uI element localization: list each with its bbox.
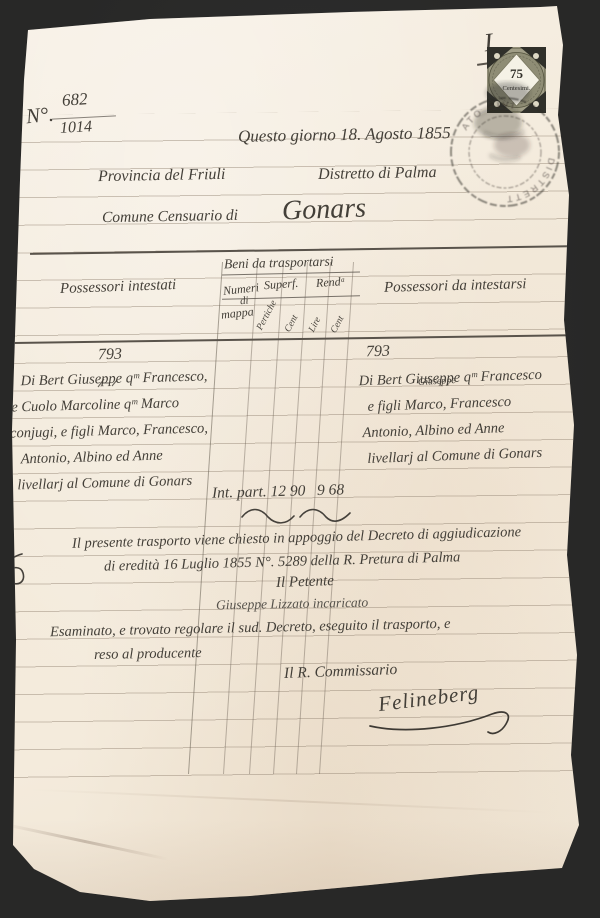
province-line: Provincia del Friuli — [98, 166, 226, 186]
svg-text:DISTRETT: DISTRETT — [504, 157, 556, 204]
left-entry-number: 793 — [98, 346, 123, 365]
date-line: Questo giorno 18. Agosto 1855 — [238, 123, 451, 147]
col-rendita: Rendᵃ — [316, 274, 346, 291]
left-entry-line: livellarj al Comune di Gonars — [17, 467, 216, 498]
comune-name: Gonars — [281, 193, 366, 228]
table-group-header: Beni da trasportarsi — [224, 254, 334, 273]
signature-flourish — [366, 700, 516, 745]
ink-smudge — [486, 82, 530, 104]
flourish-squiggle — [240, 505, 355, 525]
margin-pen-mark — [0, 552, 30, 590]
cancellation-stamp: ATO CIVI DISTRETT — [438, 85, 578, 220]
district-line: Distretto di Palma — [318, 164, 437, 184]
doc-number-label: N°. — [25, 102, 55, 130]
paper-crease — [2, 822, 169, 860]
exam-line-2: reso al producente — [94, 645, 202, 664]
right-entry-insert: Giuseppe — [418, 375, 456, 388]
paper-crease — [30, 789, 550, 814]
col-superf: Superf. — [264, 276, 299, 293]
right-entry-number: 793 — [366, 343, 391, 362]
doc-number-denominator: 1014 — [60, 118, 93, 138]
int-part-line: Int. part. 12 90 9 68 — [212, 481, 345, 502]
petente-signature: Giuseppe Lizzato incaricato — [216, 595, 369, 614]
photo-background: { "page": { "top_mark": "I", "doc_number… — [0, 0, 600, 918]
doc-number-numerator: 682 — [61, 89, 88, 111]
comune-label: Comune Censuario di — [102, 207, 238, 227]
document-paper: I N°. 682 1014 Questo giorno 18. Agosto … — [0, 0, 600, 918]
stamp-value: 75 — [510, 66, 524, 81]
petente-label: Il Petente — [276, 573, 334, 592]
correction-scribble — [96, 377, 120, 389]
bottom-shadow — [0, 820, 600, 905]
ink-stamp-text-bottom: DISTRETT — [504, 157, 556, 204]
